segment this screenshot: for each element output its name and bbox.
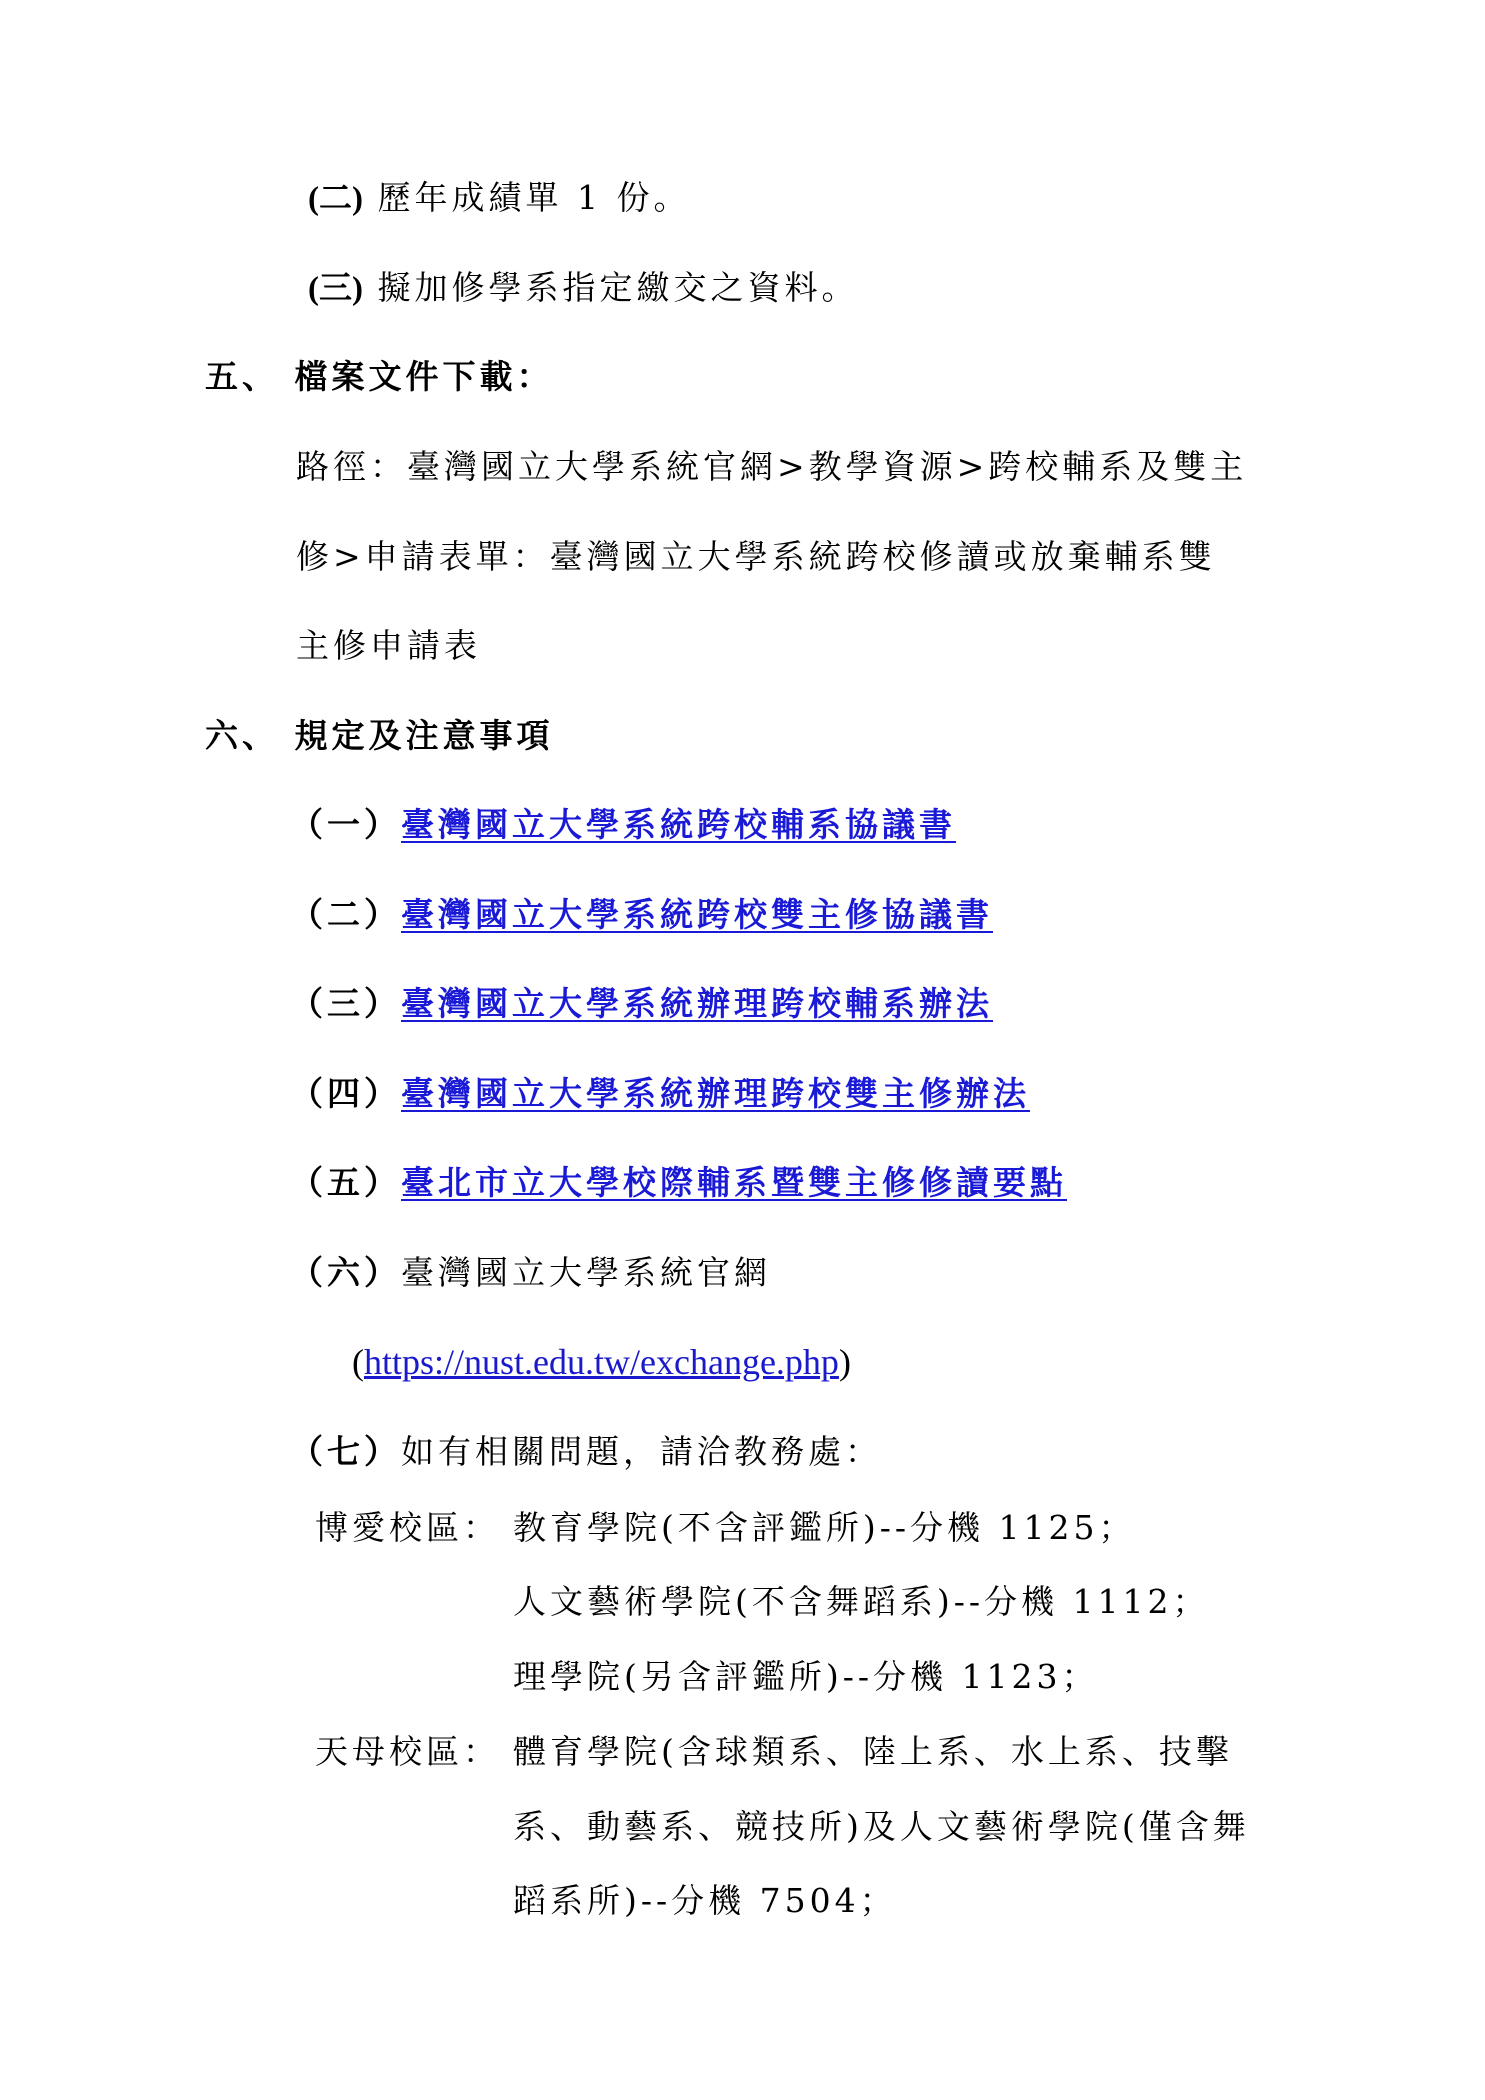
contact-line: 系、動藝系、競技所)及人文藝術學院(僅含舞	[513, 1805, 1250, 1849]
path-text-line: 路徑：臺灣國立大學系統官網>教學資源>跨校輔系及雙主	[296, 445, 1247, 489]
item-marker: （七）	[290, 1432, 401, 1471]
item-marker: （三）	[290, 984, 401, 1023]
item-marker: （一）	[290, 805, 401, 844]
list-item: (三) 擬加修學系指定繳交之資料。	[308, 266, 858, 311]
item-marker: （五）	[290, 1163, 401, 1202]
paren-open: (	[352, 1342, 364, 1382]
list-item: （七）如有相關問題，請洽教務處：	[290, 1430, 882, 1474]
official-site-url-link[interactable]: https://nust.edu.tw/exchange.php	[364, 1342, 839, 1382]
list-item: （六）臺灣國立大學系統官網	[290, 1251, 771, 1295]
list-item: （五）臺北市立大學校際輔系暨雙主修修讀要點	[290, 1161, 1067, 1205]
agreement-link-minor[interactable]: 臺灣國立大學系統跨校輔系協議書	[401, 805, 956, 844]
paren-close: )	[839, 1342, 851, 1382]
item-marker: （六）	[290, 1253, 401, 1292]
item-text: 臺灣國立大學系統官網	[401, 1253, 771, 1292]
taipei-guidelines-link[interactable]: 臺北市立大學校際輔系暨雙主修修讀要點	[401, 1163, 1067, 1202]
regulation-link-double-major[interactable]: 臺灣國立大學系統辦理跨校雙主修辦法	[401, 1074, 1030, 1113]
campus-label: 天母校區：	[315, 1730, 500, 1774]
contact-line: 人文藝術學院(不含舞蹈系)--分機 1112；	[513, 1580, 1210, 1624]
list-item: （二）臺灣國立大學系統跨校雙主修協議書	[290, 893, 993, 937]
list-item: （四）臺灣國立大學系統辦理跨校雙主修辦法	[290, 1072, 1030, 1116]
item-text: 如有相關問題，請洽教務處：	[401, 1432, 882, 1471]
agreement-link-double-major[interactable]: 臺灣國立大學系統跨校雙主修協議書	[401, 895, 993, 934]
contact-line: 蹈系所)--分機 7504；	[513, 1879, 897, 1923]
list-item: （一）臺灣國立大學系統跨校輔系協議書	[290, 803, 956, 847]
item-marker: （四）	[290, 1074, 401, 1113]
contact-line: 教育學院(不含評鑑所)--分機 1125；	[513, 1506, 1136, 1550]
item-marker: (二)	[308, 181, 363, 217]
item-text: 擬加修學系指定繳交之資料。	[377, 268, 858, 307]
contact-line: 理學院(另含評鑑所)--分機 1123；	[513, 1655, 1099, 1699]
section-heading: 六、 規定及注意事項	[205, 714, 554, 758]
list-item: (二) 歷年成績單 1 份。	[308, 176, 690, 221]
list-item: （三）臺灣國立大學系統辦理跨校輔系辦法	[290, 982, 993, 1026]
regulation-link-minor[interactable]: 臺灣國立大學系統辦理跨校輔系辦法	[401, 984, 993, 1023]
url-line: (https://nust.edu.tw/exchange.php)	[352, 1340, 851, 1385]
path-text-line: 修>申請表單：臺灣國立大學系統跨校修讀或放棄輔系雙	[296, 535, 1216, 579]
campus-label: 博愛校區：	[315, 1506, 500, 1550]
item-marker: (三)	[308, 271, 363, 307]
path-text-line: 主修申請表	[296, 624, 481, 668]
item-text: 歷年成績單 1 份。	[377, 178, 690, 217]
item-marker: （二）	[290, 895, 401, 934]
contact-line: 體育學院(含球類系、陸上系、水上系、技擊	[513, 1730, 1233, 1774]
section-heading: 五、 檔案文件下載：	[205, 355, 554, 399]
